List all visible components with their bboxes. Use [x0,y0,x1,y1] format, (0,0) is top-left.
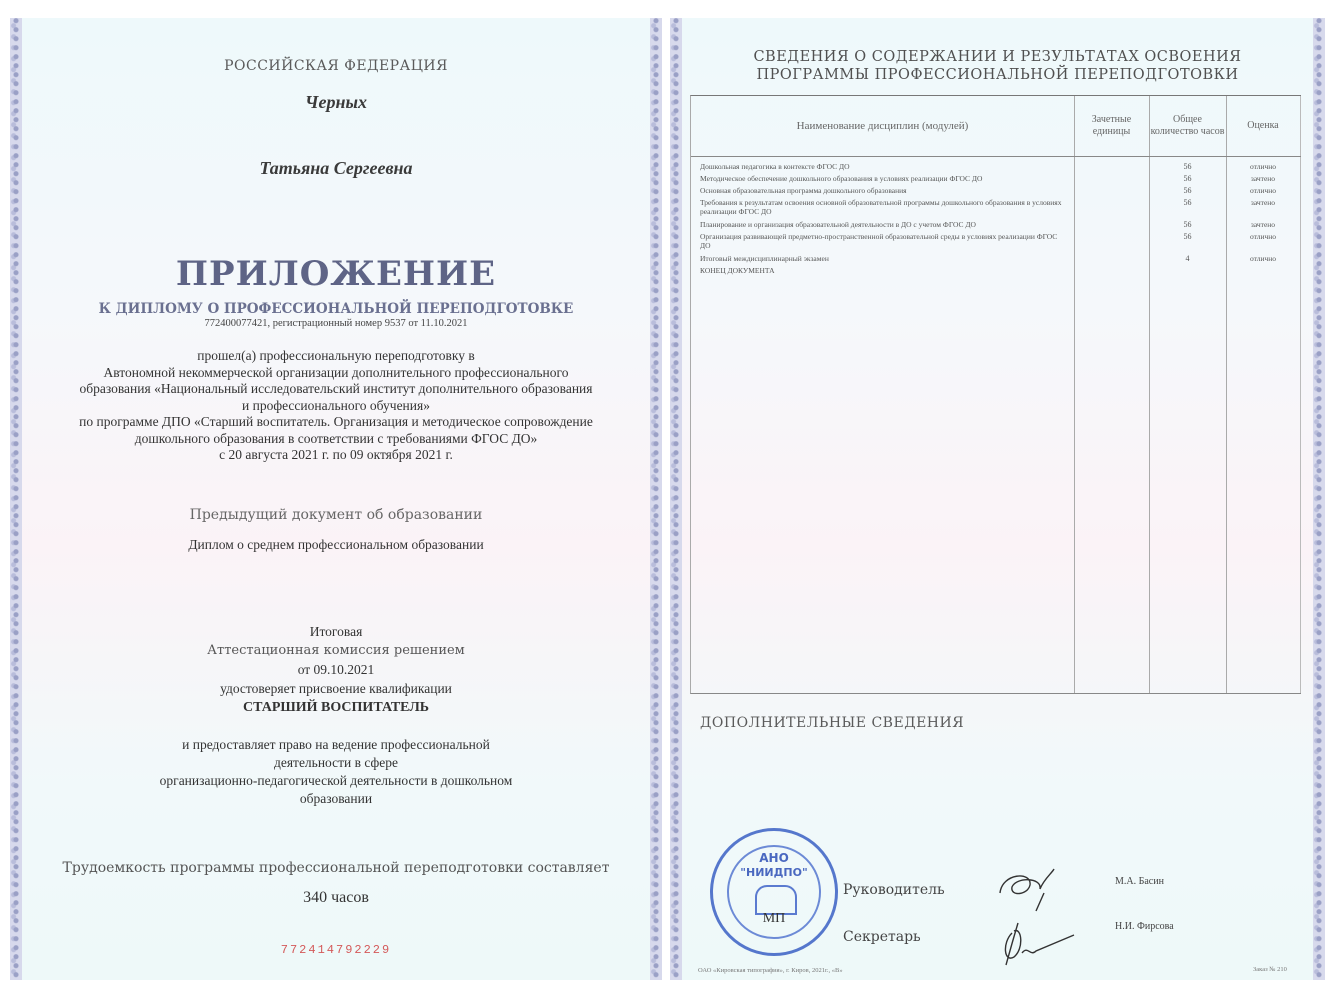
rights-line: и предоставляет право на ведение професс… [10,736,662,754]
decision-line: Аттестационная комиссия решением [10,641,662,660]
holder-surname: Черных [10,92,662,113]
table-row: Итоговый междисциплинарный экзамен4отлич… [691,254,1301,266]
discipline-grade: зачтено [1226,198,1300,207]
title-line: СВЕДЕНИЯ О СОДЕРЖАНИИ И РЕЗУЛЬТАТАХ ОСВО… [670,48,1325,66]
diploma-appendix-right-page: СВЕДЕНИЯ О СОДЕРЖАНИИ И РЕЗУЛЬТАТАХ ОСВО… [670,18,1325,980]
stamp-line: "НИИДПО" [713,866,835,879]
rights-line: образовании [10,790,662,808]
table-row: КОНЕЦ ДОКУМЕНТА [691,266,1301,278]
previous-document-label: Предыдущий документ об образовании [10,507,662,523]
commission-decision: Итоговая Аттестационная комиссия решение… [10,622,662,717]
table-header: Наименование дисциплин (модулей) Зачетны… [691,96,1301,157]
table-body: Дошкольная педагогика в контексте ФГОС Д… [691,162,1301,278]
rights-line: деятельности в сфере [10,754,662,772]
discipline-grade: отлично [1226,254,1300,263]
decision-line: Итоговая [10,622,662,641]
signatory-name: М.А. Басин [1115,876,1164,887]
order-number: Заказ № 210 [1253,966,1287,973]
body-line: с 20 августа 2021 г. по 09 октября 2021 … [10,447,662,464]
title-line: ПРОГРАММЫ ПРОФЕССИОНАЛЬНОЙ ПЕРЕПОДГОТОВК… [670,66,1325,84]
previous-document-value: Диплом о среднем профессиональном образо… [10,537,662,553]
discipline-name: КОНЕЦ ДОКУМЕНТА [700,266,1065,275]
discipline-hours: 56 [1149,232,1226,241]
printer-line: ОАО «Кировская типография», г. Киров, 20… [698,967,843,974]
signatory-role: Секретарь [843,929,921,945]
signature-icon [992,863,1072,913]
discipline-name: Требования к результатам освоения основн… [700,198,1065,216]
disciplines-table: Наименование дисциплин (модулей) Зачетны… [690,95,1301,694]
table-row: Основная образовательная программа дошко… [691,186,1301,198]
header-hours: Общее количество часов [1149,96,1226,156]
organization-stamp: АНО "НИИДПО" МП [710,828,838,956]
discipline-grade: отлично [1226,232,1300,241]
body-line: по программе ДПО «Старший воспитатель. О… [10,414,662,431]
body-line: дошкольного образования в соответствии с… [10,431,662,448]
country-heading: РОССИЙСКАЯ ФЕДЕРАЦИЯ [10,58,662,74]
discipline-name: Основная образовательная программа дошко… [700,186,1065,195]
discipline-hours: 56 [1149,162,1226,171]
decorative-border [1313,18,1325,980]
discipline-hours: 56 [1149,174,1226,183]
discipline-hours: 56 [1149,186,1226,195]
diploma-appendix-left-page: РОССИЙСКАЯ ФЕДЕРАЦИЯ Черных Татьяна Серг… [10,18,662,980]
program-description: прошел(а) профессиональную переподготовк… [10,348,662,464]
decision-line: удостоверяет присвоение квалификации [10,679,662,698]
stamp-mark: МП [713,911,835,927]
header-discipline: Наименование дисциплин (модулей) [691,96,1074,156]
table-row: Организация развивающей предметно-простр… [691,232,1301,254]
discipline-grade: отлично [1226,186,1300,195]
header-credits: Зачетные единицы [1074,96,1149,156]
body-line: Автономной некоммерческой организации до… [10,365,662,382]
body-line: и профессионального обучения» [10,398,662,415]
registration-line: 772400077421, регистрационный номер 9537… [10,318,662,329]
discipline-name: Итоговый междисциплинарный экзамен [700,254,1065,263]
labor-intensity-value: 340 часов [10,889,662,907]
signature-icon [992,913,1082,968]
table-row: Требования к результатам освоения основн… [691,198,1301,220]
discipline-name: Организация развивающей предметно-простр… [700,232,1065,250]
serial-number: 772414792229 [10,943,662,957]
discipline-grade: зачтено [1226,174,1300,183]
labor-intensity-label: Трудоемкость программы профессиональной … [10,860,662,876]
discipline-hours: 4 [1149,254,1226,263]
signatory-role: Руководитель [843,882,945,898]
discipline-name: Планирование и организация образовательн… [700,220,1065,229]
document-title: ПРИЛОЖЕНИЕ [10,254,662,294]
table-row: Дошкольная педагогика в контексте ФГОС Д… [691,162,1301,174]
body-line: образования «Национальный исследовательс… [10,381,662,398]
discipline-grade: зачтено [1226,220,1300,229]
stamp-line: АНО [713,851,835,865]
decision-line: от 09.10.2021 [10,660,662,679]
discipline-name: Дошкольная педагогика в контексте ФГОС Д… [700,162,1065,171]
rights-statement: и предоставляет право на ведение професс… [10,736,662,808]
table-row: Методическое обеспечение дошкольного обр… [691,174,1301,186]
discipline-hours: 56 [1149,220,1226,229]
additional-info-heading: ДОПОЛНИТЕЛЬНЫЕ СВЕДЕНИЯ [700,715,964,731]
decorative-border [670,18,682,980]
discipline-name: Методическое обеспечение дошкольного обр… [700,174,1065,183]
signatory-name: Н.И. Фирсова [1115,921,1174,932]
discipline-hours: 56 [1149,198,1226,207]
rights-line: организационно-педагогической деятельнос… [10,772,662,790]
document-subtitle: К ДИПЛОМУ О ПРОФЕССИОНАЛЬНОЙ ПЕРЕПОДГОТО… [10,301,662,317]
content-results-title: СВЕДЕНИЯ О СОДЕРЖАНИИ И РЕЗУЛЬТАТАХ ОСВО… [670,48,1325,84]
discipline-grade: отлично [1226,162,1300,171]
table-row: Планирование и организация образовательн… [691,220,1301,232]
holder-given-names: Татьяна Сергеевна [10,158,662,179]
qualification: СТАРШИЙ ВОСПИТАТЕЛЬ [10,698,662,717]
body-line: прошел(а) профессиональную переподготовк… [10,348,662,365]
header-grade: Оценка [1226,96,1300,156]
